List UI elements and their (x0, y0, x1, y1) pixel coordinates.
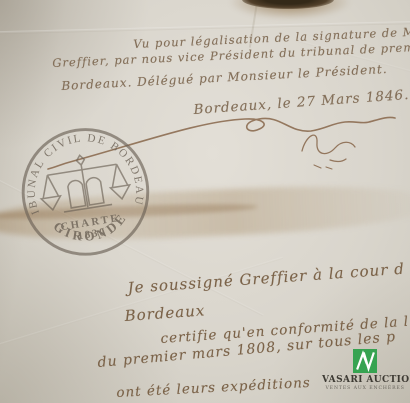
vasari-watermark: VASARI AUCTION VENTES AUX ENCHÈRES (322, 349, 408, 391)
manuscript-line: Je soussigné Greffier à la cour d (127, 260, 405, 297)
manuscript-line: Bordeaux (124, 301, 206, 325)
watermark-tagline: VENTES AUX ENCHÈRES (325, 385, 404, 391)
tribunal-stamp: TRIBUNAL CIVIL DE BORDEAUX GIRONDE CHART… (1, 105, 168, 272)
vasari-logo-icon (353, 349, 377, 373)
manuscript-line: ont été leurs expéditions (116, 375, 311, 401)
watermark-brand: VASARI AUCTION (322, 375, 408, 385)
document-photo: Vu pour légalisation de la signature de … (0, 0, 410, 403)
